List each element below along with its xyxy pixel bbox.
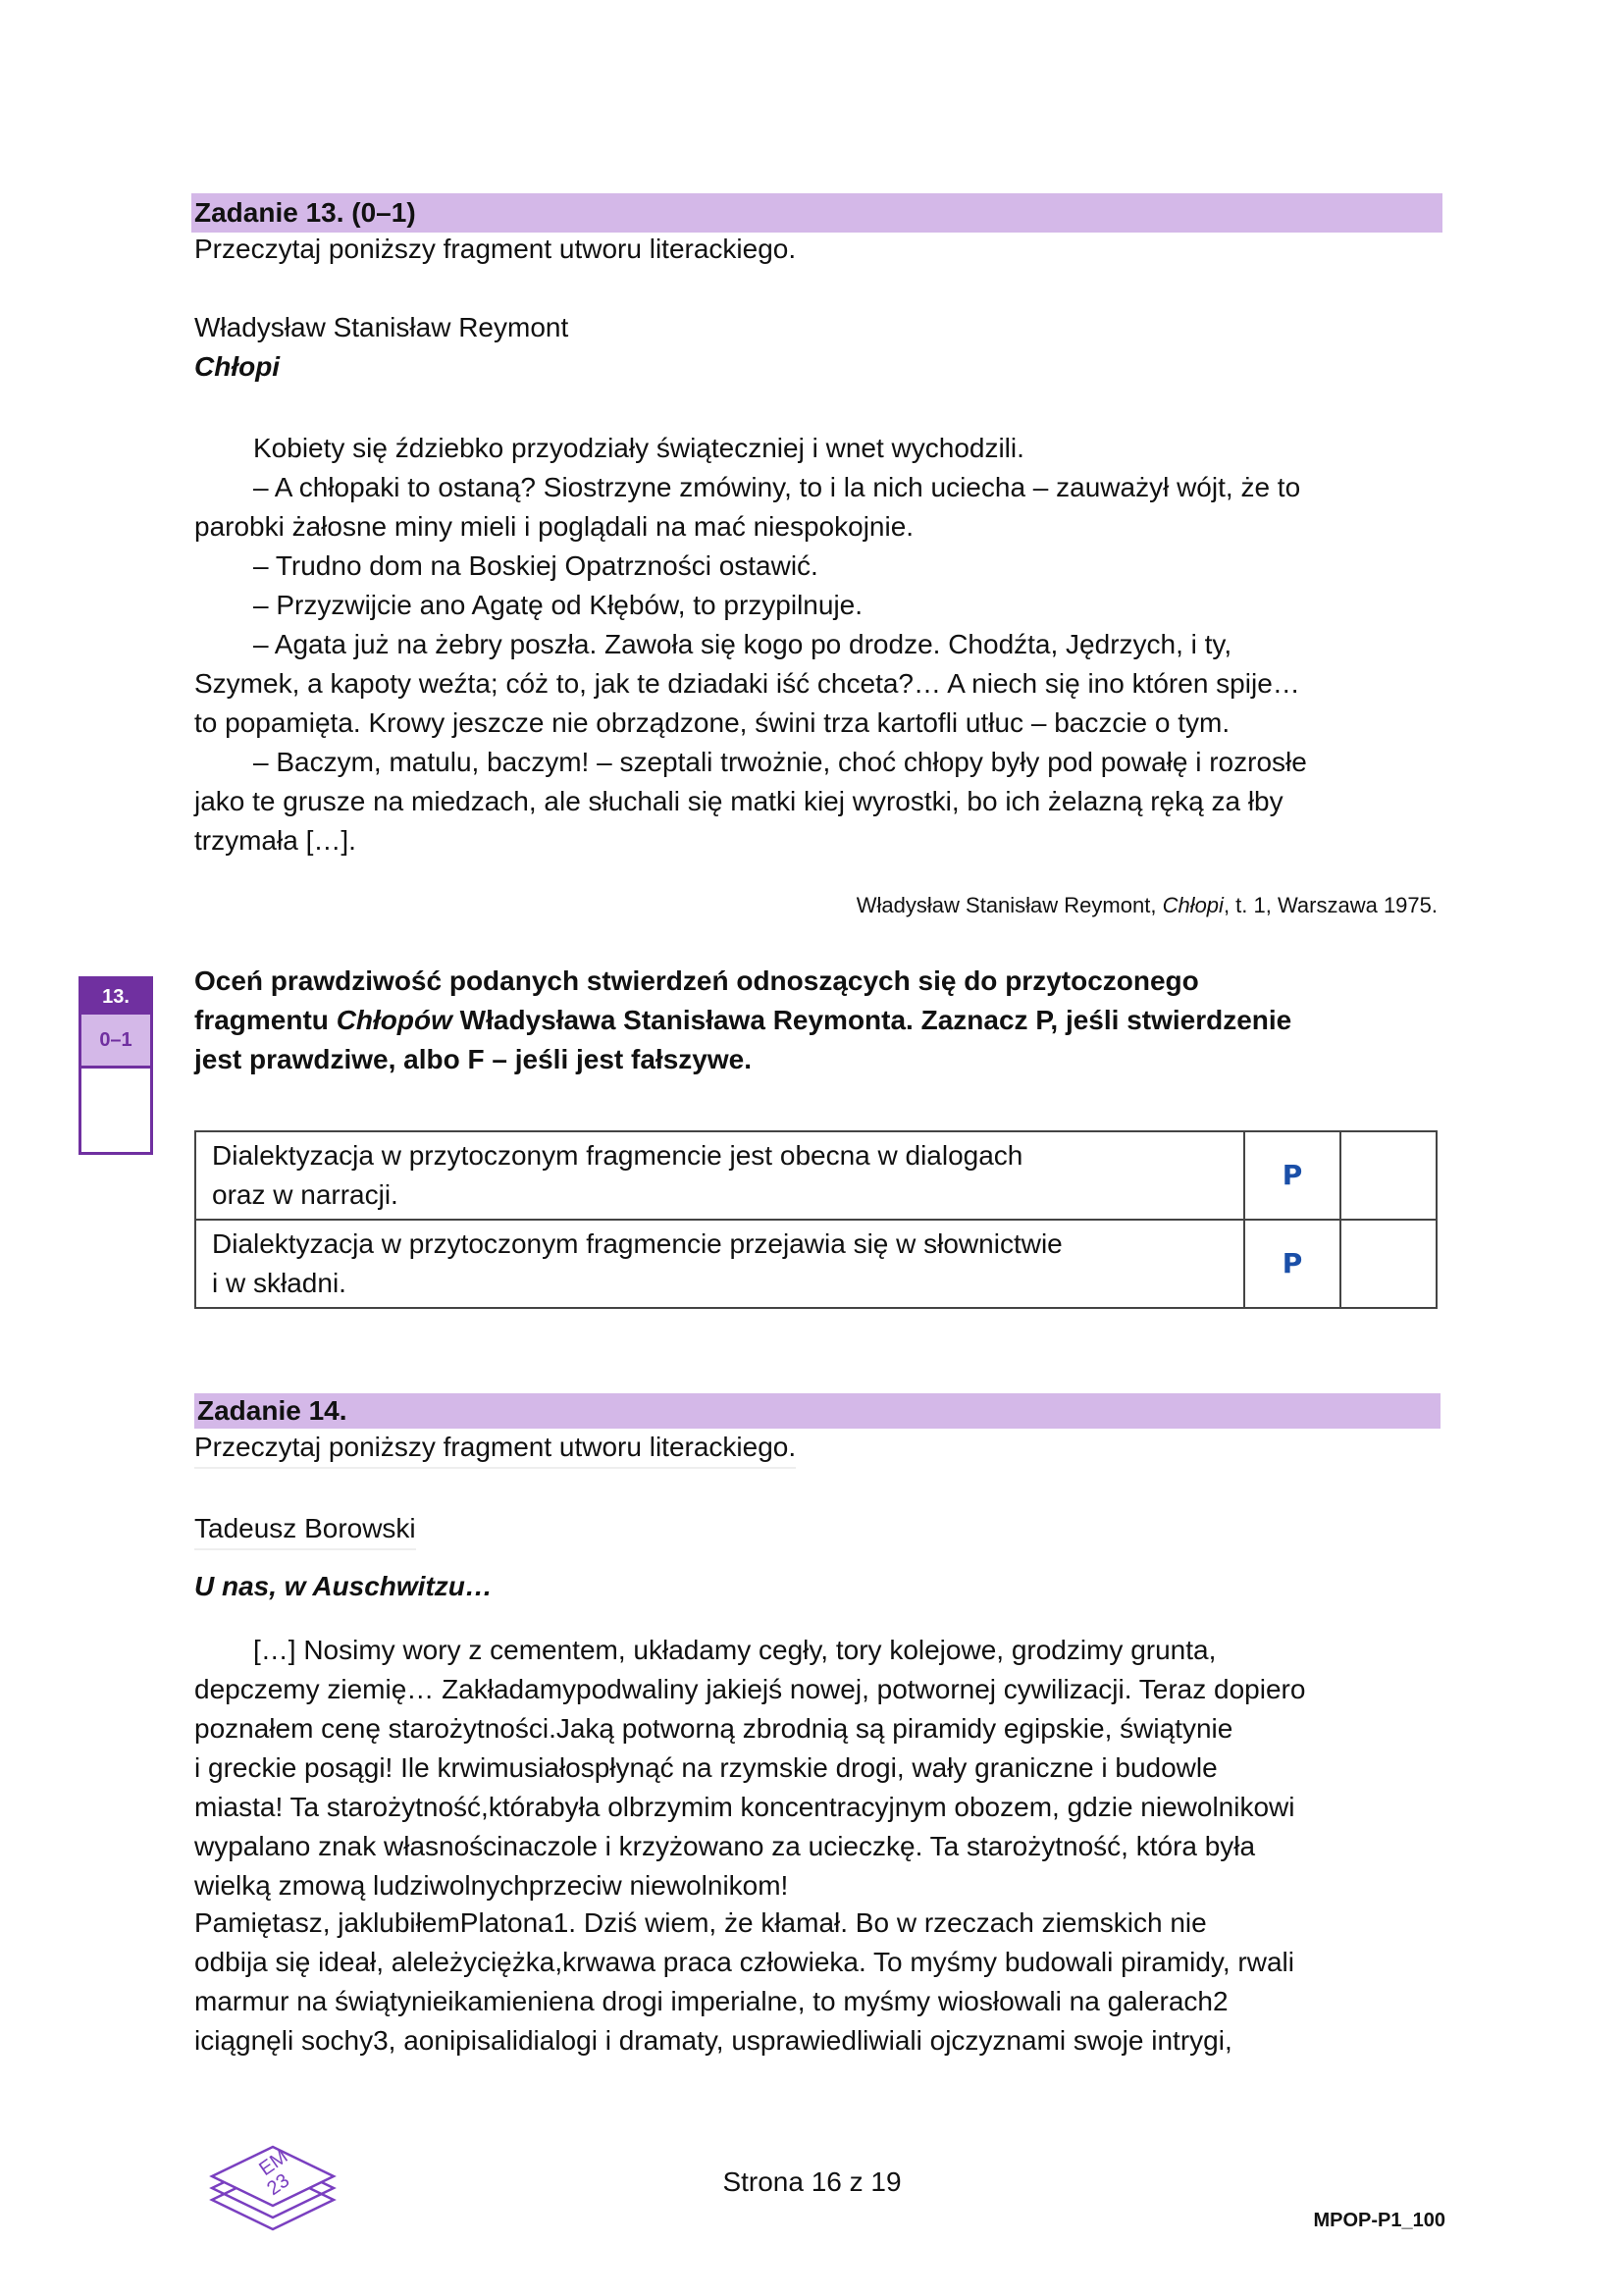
passage-line: – Przyzwijcie ano Agatę od Kłębów, to pr… xyxy=(194,586,1450,625)
task-13-passage: Kobiety się ździebko przyodziały świątec… xyxy=(194,429,1450,861)
task-14-passage-continued: Pamiętasz, jaklubiłemPlatona1. Dziś wiem… xyxy=(194,1904,1450,2061)
passage-line: Pamiętasz, jaklubiłemPlatona1. Dziś wiem… xyxy=(194,1904,1450,1943)
task-14-header: Zadanie 14. xyxy=(194,1393,1441,1429)
task-14-title: U nas, w Auschwitzu… xyxy=(194,1567,493,1606)
passage-line: – Agata już na żebry poszła. Zawoła się … xyxy=(194,625,1450,664)
passage-line: Szymek, a kapoty weźta; cóż to, jak te d… xyxy=(194,664,1450,704)
task-13-author: Władysław Stanisław Reymont xyxy=(194,308,568,347)
source-details: , t. 1, Warszawa 1975. xyxy=(1224,893,1438,917)
passage-line: depczemy ziemię… Zakładamypodwaliny jaki… xyxy=(194,1670,1450,1709)
source-title: Chłopi xyxy=(1163,893,1224,917)
true-false-table: Dialektyzacja w przytoczonym fragmencie … xyxy=(194,1130,1438,1309)
passage-line: iciągnęli sochy3, aonipisalidialogi i dr… xyxy=(194,2021,1450,2061)
question-line: fragmentu Chłopów Władysława Stanisława … xyxy=(194,1001,1291,1040)
passage-line: Kobiety się ździebko przyodziały świątec… xyxy=(194,429,1450,468)
task-13-question: Oceń prawdziwość podanych stwierdzeń odn… xyxy=(194,962,1291,1079)
passage-line: wielką zmową ludziwolnychprzeciw niewoln… xyxy=(194,1866,1450,1905)
answer-f-cell-1[interactable] xyxy=(1340,1131,1437,1220)
passage-line: jako te grusze na miedzach, ale słuchali… xyxy=(194,782,1450,821)
score-box-task-number: 13. xyxy=(81,979,150,1015)
table-row: Dialektyzacja w przytoczonym fragmencie … xyxy=(195,1131,1437,1220)
score-box-blank xyxy=(81,1069,150,1152)
score-box-points: 0–1 xyxy=(81,1015,150,1069)
task-13-instruction: Przeczytaj poniższy fragment utworu lite… xyxy=(194,230,796,269)
passage-line: miasta! Ta starożytność,którabyła olbrzy… xyxy=(194,1788,1450,1827)
passage-line: to popamięta. Krowy jeszcze nie obrządzo… xyxy=(194,704,1450,743)
passage-line: odbija się ideał, aleleżyciężka,krwawa p… xyxy=(194,1943,1450,1982)
passage-line: – Baczym, matulu, baczym! – szeptali trw… xyxy=(194,743,1450,782)
passage-line: […] Nosimy wory z cementem, układamy ceg… xyxy=(194,1631,1450,1670)
exam-code: MPOP-P1_100 xyxy=(1313,2210,1445,2232)
task-14-author: Tadeusz Borowski xyxy=(194,1509,416,1550)
passage-line: – A chłopaki to ostaną? Siostrzyne zmówi… xyxy=(194,468,1450,507)
passage-line: poznałem cenę starożytności.Jaką potworn… xyxy=(194,1709,1450,1748)
passage-line: wypalano znak własnościnaczole i krzyżow… xyxy=(194,1827,1450,1866)
question-line: jest prawdziwe, albo F – jeśli jest fałs… xyxy=(194,1040,1291,1079)
task-13-header: Zadanie 13. (0–1) xyxy=(191,193,1442,233)
statement-2: Dialektyzacja w przytoczonym fragmencie … xyxy=(195,1220,1244,1308)
task-14-passage: […] Nosimy wory z cementem, układamy ceg… xyxy=(194,1631,1450,1905)
statement-1: Dialektyzacja w przytoczonym fragmencie … xyxy=(195,1131,1244,1220)
task-13-source: Władysław Stanisław Reymont, Chłopi, t. … xyxy=(857,893,1438,918)
score-box: 13. 0–1 xyxy=(79,976,153,1155)
task-14-instruction: Przeczytaj poniższy fragment utworu lite… xyxy=(194,1428,796,1469)
answer-p-cell-2[interactable]: P xyxy=(1244,1220,1340,1308)
page-number: Strona 16 z 19 xyxy=(0,2166,1624,2198)
answer-f-cell-2[interactable] xyxy=(1340,1220,1437,1308)
passage-line: i greckie posągi! Ile krwimusiałospłynąć… xyxy=(194,1748,1450,1788)
passage-line: parobki żałosne miny mieli i poglądali n… xyxy=(194,507,1450,547)
passage-line: – Trudno dom na Boskiej Opatrzności osta… xyxy=(194,547,1450,586)
question-line: Oceń prawdziwość podanych stwierdzeń odn… xyxy=(194,962,1291,1001)
passage-line: trzymała […]. xyxy=(194,821,1450,861)
answer-p-cell-1[interactable]: P xyxy=(1244,1131,1340,1220)
table-row: Dialektyzacja w przytoczonym fragmencie … xyxy=(195,1220,1437,1308)
passage-line: marmur na świątynieikamieniena drogi imp… xyxy=(194,1982,1450,2021)
source-author: Władysław Stanisław Reymont, xyxy=(857,893,1163,917)
task-13-title: Chłopi xyxy=(194,347,280,387)
